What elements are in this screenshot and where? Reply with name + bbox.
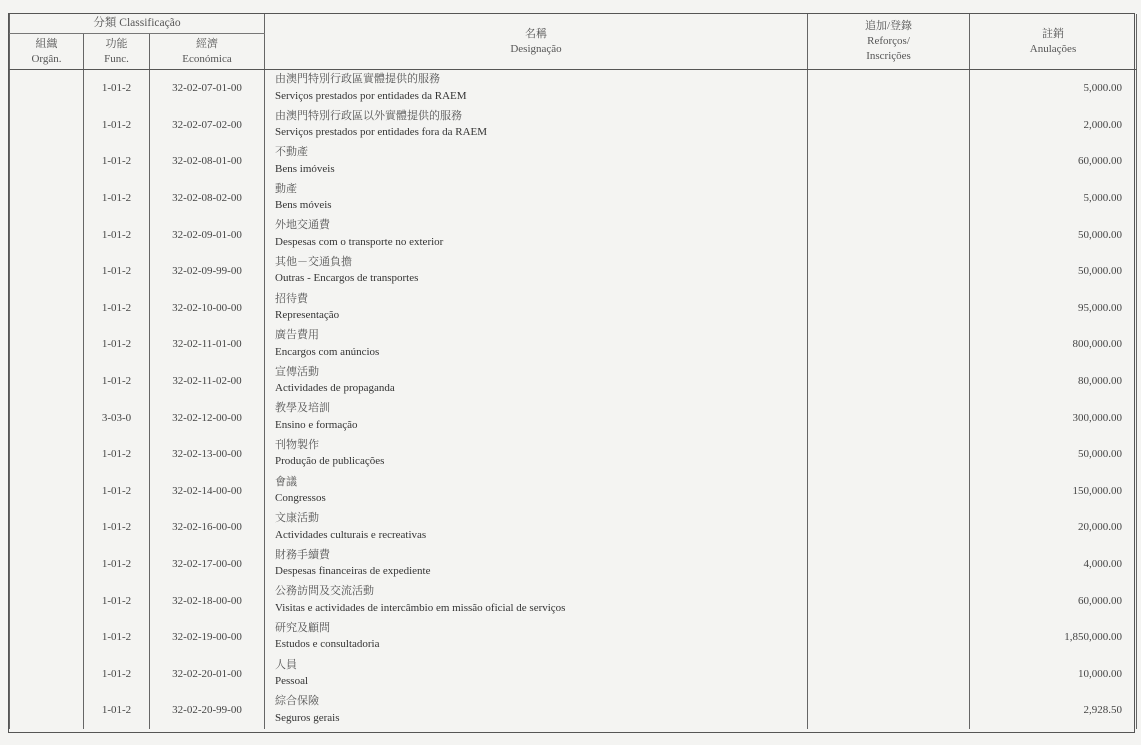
reinforcement-cell (808, 326, 970, 363)
designation-cell: 教學及培訓Ensino e formação (265, 399, 808, 436)
designation-zh: 刊物製作 (275, 436, 807, 454)
func-header: 功能 Func. (84, 34, 150, 70)
budget-table-sheet: 分類 Classificação 名稱 Designação 追加/登錄 Ref… (8, 13, 1135, 733)
classification-header: 分類 Classificação (10, 14, 265, 34)
reinforcement-cell (808, 70, 970, 107)
organ-cell (10, 473, 84, 510)
reinforcement-cell (808, 363, 970, 400)
designation-zh: 研究及顧問 (275, 619, 807, 637)
table-row: 1-01-232-02-16-00-00文康活動Actividades cult… (10, 509, 1137, 546)
annulment-cell: 5,000.00 (970, 180, 1137, 217)
reinforcement-cell (808, 546, 970, 583)
designation-pt: Produção de publicações (275, 453, 807, 471)
designation-zh: 宣傳活動 (275, 363, 807, 381)
organ-header-pt: Orgân. (10, 52, 83, 67)
func-cell: 1-01-2 (84, 107, 150, 144)
organ-cell (10, 656, 84, 693)
annulment-cell: 2,928.50 (970, 692, 1137, 729)
designation-zh: 不動產 (275, 143, 807, 161)
organ-cell (10, 216, 84, 253)
reinforcement-cell (808, 692, 970, 729)
designation-header-zh: 名稱 (265, 27, 807, 42)
func-cell: 1-01-2 (84, 619, 150, 656)
designation-pt: Outras - Encargos de transportes (275, 270, 807, 288)
econ-cell: 32-02-11-02-00 (150, 363, 265, 400)
func-cell: 3-03-0 (84, 399, 150, 436)
organ-cell (10, 290, 84, 327)
econ-cell: 32-02-13-00-00 (150, 436, 265, 473)
designation-zh: 文康活動 (275, 509, 807, 527)
designation-pt: Encargos com anúncios (275, 344, 807, 362)
func-cell: 1-01-2 (84, 70, 150, 107)
designation-zh: 公務訪問及交流活動 (275, 582, 807, 600)
designation-cell: 刊物製作Produção de publicações (265, 436, 808, 473)
econ-cell: 32-02-07-02-00 (150, 107, 265, 144)
designation-cell: 其他－交通負擔Outras - Encargos de transportes (265, 253, 808, 290)
designation-pt: Pessoal (275, 673, 807, 691)
econ-cell: 32-02-08-01-00 (150, 143, 265, 180)
econ-cell: 32-02-20-01-00 (150, 656, 265, 693)
func-header-zh: 功能 (84, 37, 149, 52)
reinforcement-cell (808, 436, 970, 473)
func-cell: 1-01-2 (84, 436, 150, 473)
organ-cell (10, 399, 84, 436)
table-row: 1-01-232-02-08-02-00動產Bens móveis5,000.0… (10, 180, 1137, 217)
designation-cell: 研究及顧問Estudos e consultadoria (265, 619, 808, 656)
func-cell: 1-01-2 (84, 363, 150, 400)
func-cell: 1-01-2 (84, 473, 150, 510)
table-row: 1-01-232-02-20-99-00綜合保險Seguros gerais2,… (10, 692, 1137, 729)
designation-zh: 廣告費用 (275, 326, 807, 344)
table-row: 1-01-232-02-09-01-00外地交通費Despesas com o … (10, 216, 1137, 253)
econ-header-zh: 經濟 (150, 37, 264, 52)
reinforcement-cell (808, 582, 970, 619)
designation-cell: 公務訪問及交流活動Visitas e actividades de interc… (265, 582, 808, 619)
econ-cell: 32-02-17-00-00 (150, 546, 265, 583)
reinforcement-cell (808, 656, 970, 693)
organ-cell (10, 619, 84, 656)
econ-cell: 32-02-11-01-00 (150, 326, 265, 363)
designation-zh: 會議 (275, 473, 807, 491)
econ-cell: 32-02-08-02-00 (150, 180, 265, 217)
reinforcement-cell (808, 290, 970, 327)
reinforcement-cell (808, 107, 970, 144)
annulment-cell: 50,000.00 (970, 216, 1137, 253)
designation-cell: 廣告費用Encargos com anúncios (265, 326, 808, 363)
table-row: 1-01-232-02-11-01-00廣告費用Encargos com anú… (10, 326, 1137, 363)
table-row: 1-01-232-02-11-02-00宣傳活動Actividades de p… (10, 363, 1137, 400)
designation-cell: 動產Bens móveis (265, 180, 808, 217)
reinforcement-cell (808, 509, 970, 546)
reinforcements-header-zh: 追加/登錄 (808, 19, 969, 34)
table-row: 1-01-232-02-17-00-00財務手續費Despesas financ… (10, 546, 1137, 583)
econ-cell: 32-02-10-00-00 (150, 290, 265, 327)
annulment-cell: 80,000.00 (970, 363, 1137, 400)
reinforcements-header-pt2: Inscrições (808, 49, 969, 64)
designation-zh: 其他－交通負擔 (275, 253, 807, 271)
table-row: 1-01-232-02-10-00-00招待費Representação95,0… (10, 290, 1137, 327)
func-cell: 1-01-2 (84, 546, 150, 583)
designation-cell: 由澳門特別行政區實體提供的服務Serviços prestados por en… (265, 70, 808, 107)
organ-header: 組織 Orgân. (10, 34, 84, 70)
designation-cell: 招待費Representação (265, 290, 808, 327)
organ-cell (10, 107, 84, 144)
organ-cell (10, 546, 84, 583)
annulment-cell: 50,000.00 (970, 253, 1137, 290)
table-row: 1-01-232-02-18-00-00公務訪問及交流活動Visitas e a… (10, 582, 1137, 619)
econ-cell: 32-02-09-01-00 (150, 216, 265, 253)
organ-cell (10, 509, 84, 546)
designation-pt: Ensino e formação (275, 417, 807, 435)
designation-zh: 由澳門特別行政區實體提供的服務 (275, 70, 807, 88)
designation-pt: Serviços prestados por entidades fora da… (275, 124, 807, 142)
designation-cell: 財務手續費Despesas financeiras de expediente (265, 546, 808, 583)
designation-header-pt: Designação (265, 42, 807, 57)
table-row: 1-01-232-02-20-01-00人員Pessoal10,000.00 (10, 656, 1137, 693)
func-cell: 1-01-2 (84, 143, 150, 180)
designation-cell: 外地交通費Despesas com o transporte no exteri… (265, 216, 808, 253)
designation-cell: 文康活動Actividades culturais e recreativas (265, 509, 808, 546)
table-row: 1-01-232-02-09-99-00其他－交通負擔Outras - Enca… (10, 253, 1137, 290)
func-header-pt: Func. (84, 52, 149, 67)
table-row: 1-01-232-02-13-00-00刊物製作Produção de publ… (10, 436, 1137, 473)
func-cell: 1-01-2 (84, 180, 150, 217)
annulment-cell: 60,000.00 (970, 143, 1137, 180)
annulment-cell: 150,000.00 (970, 473, 1137, 510)
organ-cell (10, 326, 84, 363)
reinforcement-cell (808, 253, 970, 290)
reinforcement-cell (808, 399, 970, 436)
designation-cell: 會議Congressos (265, 473, 808, 510)
reinforcements-header: 追加/登錄 Reforços/ Inscrições (808, 14, 970, 70)
econ-cell: 32-02-12-00-00 (150, 399, 265, 436)
annulment-cell: 95,000.00 (970, 290, 1137, 327)
reinforcement-cell (808, 619, 970, 656)
func-cell: 1-01-2 (84, 656, 150, 693)
econ-cell: 32-02-18-00-00 (150, 582, 265, 619)
organ-cell (10, 363, 84, 400)
organ-cell (10, 143, 84, 180)
designation-pt: Representação (275, 307, 807, 325)
designation-pt: Estudos e consultadoria (275, 636, 807, 654)
organ-cell (10, 692, 84, 729)
econ-cell: 32-02-16-00-00 (150, 509, 265, 546)
designation-pt: Visitas e actividades de intercâmbio em … (275, 600, 807, 618)
annulment-cell: 10,000.00 (970, 656, 1137, 693)
func-cell: 1-01-2 (84, 692, 150, 729)
annulments-header: 註銷 Anulações (970, 14, 1137, 70)
designation-cell: 不動產Bens imóveis (265, 143, 808, 180)
organ-cell (10, 582, 84, 619)
reinforcement-cell (808, 180, 970, 217)
table-row: 1-01-232-02-07-02-00由澳門特別行政區以外實體提供的服務Ser… (10, 107, 1137, 144)
designation-cell: 由澳門特別行政區以外實體提供的服務Serviços prestados por … (265, 107, 808, 144)
designation-pt: Bens móveis (275, 197, 807, 215)
table-row: 3-03-032-02-12-00-00教學及培訓Ensino e formaç… (10, 399, 1137, 436)
econ-cell: 32-02-19-00-00 (150, 619, 265, 656)
table-row: 1-01-232-02-08-01-00不動產Bens imóveis60,00… (10, 143, 1137, 180)
func-cell: 1-01-2 (84, 326, 150, 363)
designation-cell: 人員Pessoal (265, 656, 808, 693)
designation-pt: Despesas financeiras de expediente (275, 563, 807, 581)
econ-header-pt: Económica (150, 52, 264, 67)
func-cell: 1-01-2 (84, 253, 150, 290)
designation-zh: 外地交通費 (275, 216, 807, 234)
reinforcement-cell (808, 216, 970, 253)
func-cell: 1-01-2 (84, 290, 150, 327)
designation-pt: Serviços prestados por entidades da RAEM (275, 88, 807, 106)
organ-cell (10, 70, 84, 107)
annulment-cell: 300,000.00 (970, 399, 1137, 436)
annulments-header-pt: Anulações (970, 42, 1136, 57)
designation-pt: Congressos (275, 490, 807, 508)
annulment-cell: 20,000.00 (970, 509, 1137, 546)
designation-cell: 綜合保險Seguros gerais (265, 692, 808, 729)
econ-cell: 32-02-09-99-00 (150, 253, 265, 290)
designation-pt: Actividades de propaganda (275, 380, 807, 398)
budget-table: 分類 Classificação 名稱 Designação 追加/登錄 Ref… (9, 14, 1137, 729)
annulment-cell: 1,850,000.00 (970, 619, 1137, 656)
func-cell: 1-01-2 (84, 509, 150, 546)
organ-header-zh: 組織 (10, 37, 83, 52)
econ-cell: 32-02-14-00-00 (150, 473, 265, 510)
designation-zh: 綜合保險 (275, 692, 807, 710)
table-row: 1-01-232-02-14-00-00會議Congressos150,000.… (10, 473, 1137, 510)
organ-cell (10, 253, 84, 290)
annulment-cell: 60,000.00 (970, 582, 1137, 619)
designation-zh: 動產 (275, 180, 807, 198)
annulment-cell: 800,000.00 (970, 326, 1137, 363)
designation-pt: Bens imóveis (275, 161, 807, 179)
func-cell: 1-01-2 (84, 582, 150, 619)
designation-pt: Seguros gerais (275, 710, 807, 728)
reinforcement-cell (808, 473, 970, 510)
organ-cell (10, 180, 84, 217)
reinforcements-header-pt1: Reforços/ (808, 34, 969, 49)
table-row: 1-01-232-02-07-01-00由澳門特別行政區實體提供的服務Servi… (10, 70, 1137, 107)
func-cell: 1-01-2 (84, 216, 150, 253)
econ-cell: 32-02-20-99-00 (150, 692, 265, 729)
annulment-cell: 50,000.00 (970, 436, 1137, 473)
designation-zh: 招待費 (275, 290, 807, 308)
organ-cell (10, 436, 84, 473)
designation-cell: 宣傳活動Actividades de propaganda (265, 363, 808, 400)
econ-cell: 32-02-07-01-00 (150, 70, 265, 107)
designation-header: 名稱 Designação (265, 14, 808, 70)
designation-zh: 財務手續費 (275, 546, 807, 564)
annulment-cell: 4,000.00 (970, 546, 1137, 583)
designation-zh: 由澳門特別行政區以外實體提供的服務 (275, 107, 807, 125)
annulments-header-zh: 註銷 (970, 27, 1136, 42)
annulment-cell: 2,000.00 (970, 107, 1137, 144)
econ-header: 經濟 Económica (150, 34, 265, 70)
table-row: 1-01-232-02-19-00-00研究及顧問Estudos e consu… (10, 619, 1137, 656)
designation-zh: 人員 (275, 656, 807, 674)
reinforcement-cell (808, 143, 970, 180)
designation-pt: Actividades culturais e recreativas (275, 527, 807, 545)
designation-pt: Despesas com o transporte no exterior (275, 234, 807, 252)
annulment-cell: 5,000.00 (970, 70, 1137, 107)
designation-zh: 教學及培訓 (275, 399, 807, 417)
